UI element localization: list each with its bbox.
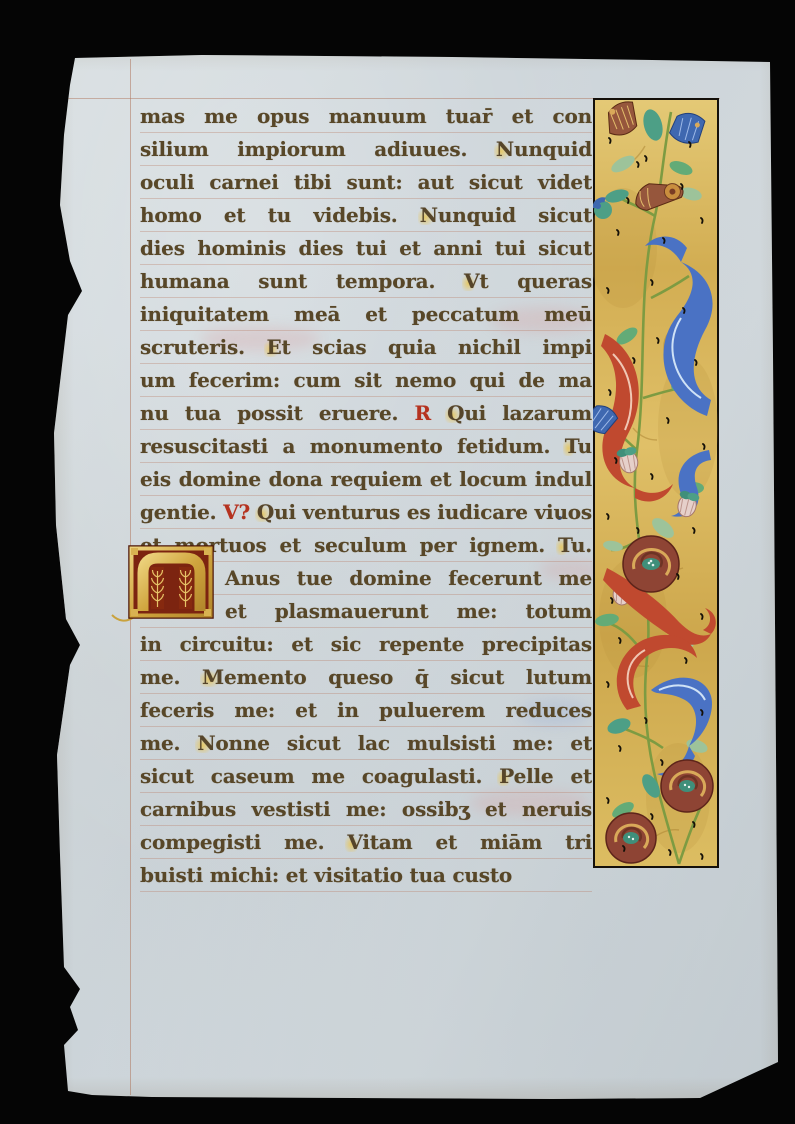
manuscript-line: mas me opus manuum tuar̄ et con bbox=[140, 100, 592, 133]
body-text: me. bbox=[140, 665, 202, 689]
body-text: N bbox=[197, 731, 215, 755]
manuscript-line: compegisti me. Vitam et miām tri bbox=[140, 826, 592, 859]
body-text: V bbox=[464, 269, 479, 293]
body-text: feceris me: et in puluerem reduces bbox=[140, 698, 592, 722]
illuminated-border bbox=[593, 98, 719, 868]
manuscript-line: carnibus vestisti me: ossibʒ et neruis bbox=[140, 793, 592, 826]
body-text: N bbox=[496, 137, 514, 161]
manuscript-line: eis domine dona requiem et locum indul bbox=[140, 463, 592, 496]
body-text: ui venturus es iudicare viuos bbox=[274, 500, 592, 524]
body-text: silium impiorum adiuues. bbox=[140, 137, 496, 161]
body-text: unquid sicut bbox=[438, 203, 592, 227]
body-text: iniquitatem meā et peccatum meū bbox=[140, 302, 592, 326]
body-text: t queras bbox=[479, 269, 592, 293]
body-text: eis domine dona requiem et locum indul bbox=[140, 467, 592, 491]
manuscript-line: humana sunt tempora. Vt queras bbox=[140, 265, 592, 298]
body-text: V bbox=[347, 830, 362, 854]
body-text: onne sicut lac mulsisti me: et bbox=[215, 731, 592, 755]
body-text: itam et miām tri bbox=[362, 830, 592, 854]
body-text: um fecerim: cum sit nemo qui de ma bbox=[140, 368, 592, 392]
body-text: mas me opus manuum tuar̄ et con bbox=[140, 104, 592, 128]
illuminated-initial-m bbox=[128, 545, 216, 623]
rubric-text: V? bbox=[223, 500, 250, 524]
body-text: Q bbox=[447, 401, 464, 425]
manuscript-line: buisti michi: et visitatio tua custo bbox=[140, 859, 592, 892]
manuscript-line: me. Nonne sicut lac mulsisti me: et bbox=[140, 727, 592, 760]
manuscript-line: silium impiorum adiuues. Nunquid bbox=[140, 133, 592, 166]
body-text: humana sunt tempora. bbox=[140, 269, 464, 293]
body-text: resuscitasti a monumento fetidum. bbox=[140, 434, 565, 458]
manuscript-line: nu tua possit eruere. R Qui lazarum bbox=[140, 397, 592, 430]
manuscript-line: scruteris. Et scias quia nichil impi bbox=[140, 331, 592, 364]
body-text: P bbox=[499, 764, 513, 788]
gold-speck bbox=[58, 1085, 65, 1090]
manuscript-line: iniquitatem meā et peccatum meū bbox=[140, 298, 592, 331]
body-text: u. bbox=[571, 533, 592, 557]
body-text: u bbox=[578, 434, 592, 458]
body-text: T bbox=[565, 434, 578, 458]
rubric-text: R bbox=[414, 401, 430, 425]
body-text: emento queso q̄ sicut lutum bbox=[224, 665, 592, 689]
body-text: T bbox=[558, 533, 571, 557]
body-text: scruteris. bbox=[140, 335, 266, 359]
body-text: sicut caseum me coagulasti. bbox=[140, 764, 499, 788]
manuscript-line: feceris me: et in puluerem reduces bbox=[140, 694, 592, 727]
initial-m-art bbox=[128, 545, 216, 623]
body-text: et plasmauerunt me: totum bbox=[225, 599, 592, 623]
body-text: M bbox=[202, 665, 224, 689]
body-text: buisti michi: et visitatio tua custo bbox=[140, 863, 512, 887]
manuscript-line: gentie. V? Qui venturus es iudicare viuo… bbox=[140, 496, 592, 529]
manuscript-line: homo et tu videbis. Nunquid sicut bbox=[140, 199, 592, 232]
body-text: compegisti me. bbox=[140, 830, 347, 854]
manuscript-line: in circuitu: et sic repente precipitas bbox=[140, 628, 592, 661]
body-text: Q bbox=[257, 500, 274, 524]
body-text: dies hominis dies tui et anni tui sicut bbox=[140, 236, 592, 260]
manuscript-photo: mas me opus manuum tuar̄ et consilium im… bbox=[0, 0, 795, 1124]
manuscript-line: me. Memento queso q̄ sicut lutum bbox=[140, 661, 592, 694]
body-text: homo et tu videbis. bbox=[140, 203, 420, 227]
body-text: t scias quia nichil impi bbox=[282, 335, 592, 359]
text-block: mas me opus manuum tuar̄ et consilium im… bbox=[140, 100, 592, 892]
body-text: oculi carnei tibi sunt: aut sicut videt bbox=[140, 170, 592, 194]
body-text: carnibus vestisti me: ossibʒ et neruis bbox=[140, 797, 592, 821]
body-text: E bbox=[266, 335, 281, 359]
body-text: N bbox=[420, 203, 438, 227]
manuscript-line: dies hominis dies tui et anni tui sicut bbox=[140, 232, 592, 265]
body-text: unquid bbox=[514, 137, 592, 161]
body-text: me. bbox=[140, 731, 197, 755]
manuscript-line: um fecerim: cum sit nemo qui de ma bbox=[140, 364, 592, 397]
border-art bbox=[593, 98, 719, 868]
manuscript-line: oculi carnei tibi sunt: aut sicut videt bbox=[140, 166, 592, 199]
manuscript-line: resuscitasti a monumento fetidum. Tu bbox=[140, 430, 592, 463]
body-text: nu tua possit eruere. bbox=[140, 401, 414, 425]
body-text: elle et bbox=[514, 764, 592, 788]
manuscript-line: sicut caseum me coagulasti. Pelle et bbox=[140, 760, 592, 793]
body-text: in circuitu: et sic repente precipitas bbox=[140, 632, 592, 656]
body-text: Anus tue domine fecerunt me bbox=[225, 566, 592, 590]
manuscript-leaf: mas me opus manuum tuar̄ et consilium im… bbox=[52, 55, 778, 1103]
body-text: gentie. bbox=[140, 500, 223, 524]
body-text: ui lazarum bbox=[464, 401, 592, 425]
